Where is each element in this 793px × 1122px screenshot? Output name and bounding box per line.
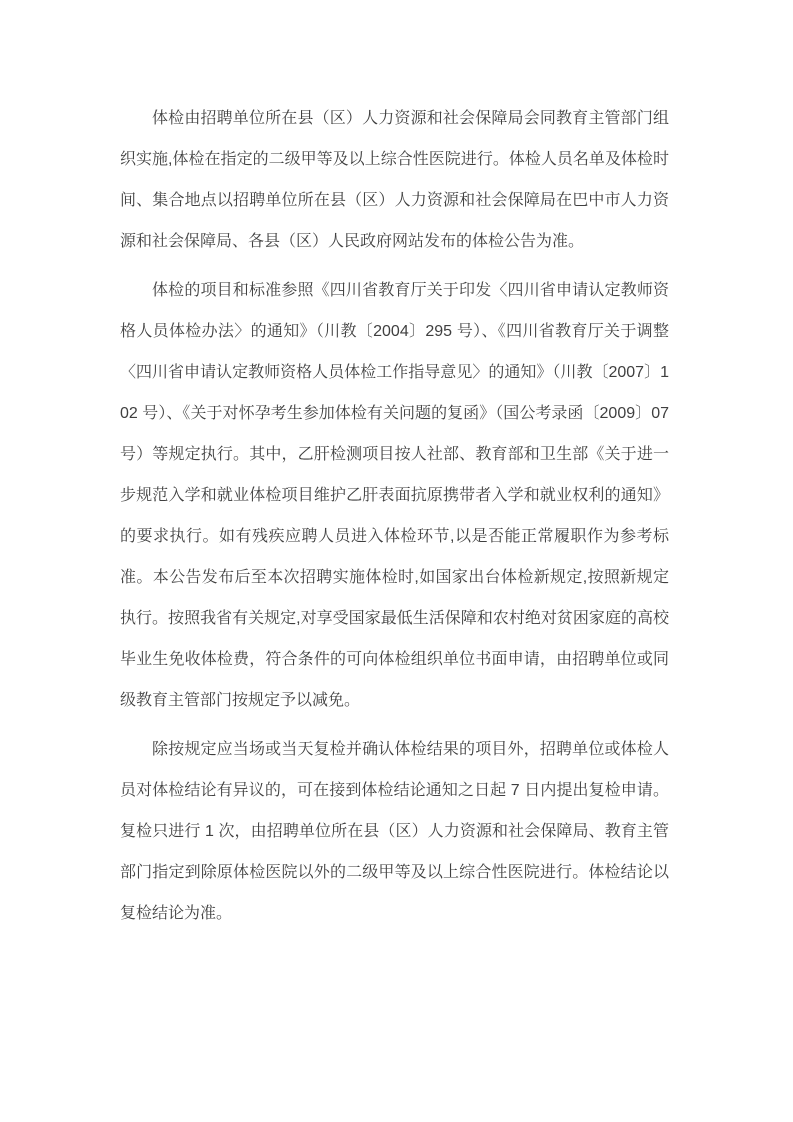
paragraph-medical-exam-standards: 体检的项目和标准参照《四川省教育厅关于印发〈四川省申请认定教师资格人员体检办法〉… bbox=[120, 270, 669, 721]
paragraph-medical-exam-recheck: 除按规定应当场或当天复检并确认体检结果的项目外，招聘单位或体检人员对体检结论有异… bbox=[120, 729, 669, 934]
paragraph-medical-exam-organization: 体检由招聘单位所在县（区）人力资源和社会保障局会同教育主管部门组织实施,体检在指… bbox=[120, 98, 669, 262]
document-page: 体检由招聘单位所在县（区）人力资源和社会保障局会同教育主管部门组织实施,体检在指… bbox=[0, 0, 793, 1122]
